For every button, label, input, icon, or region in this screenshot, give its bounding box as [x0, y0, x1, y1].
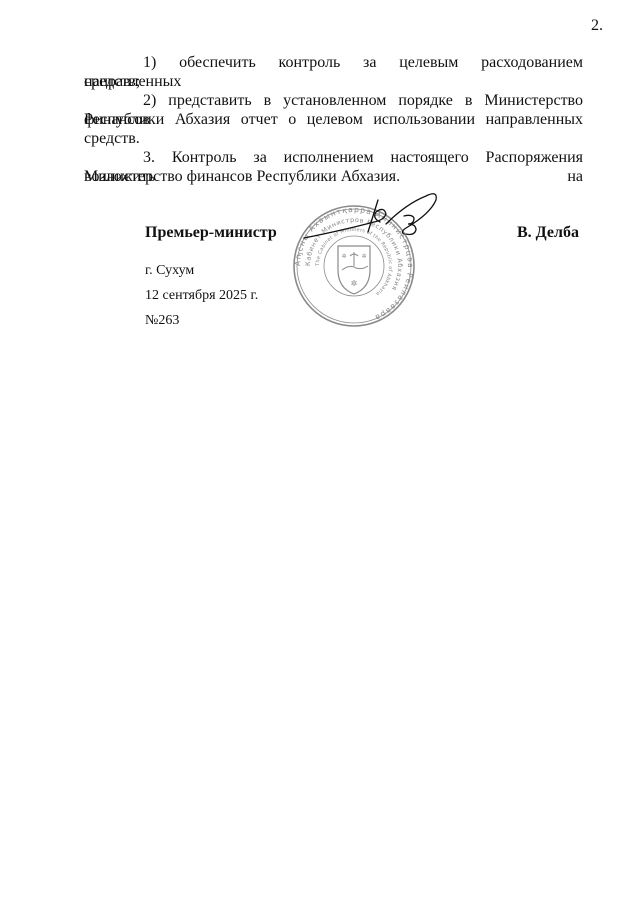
signatory-name: В. Делба	[517, 224, 579, 242]
paragraph-text: Министерство финансов Республики Абхазия…	[84, 168, 400, 185]
paragraph-text: Республики Абхазия отчет о целевом испол…	[84, 111, 583, 128]
paragraph-text: средств;	[84, 73, 140, 90]
paragraph-item-1-cont: средств;	[84, 72, 583, 91]
paragraph-item-3-cont: Министерство финансов Республики Абхазия…	[84, 167, 583, 186]
paragraph-item-2-end: средств.	[84, 129, 583, 148]
document-number: №263	[145, 313, 179, 329]
document-date: 12 сентября 2025 г.	[145, 288, 258, 304]
handwritten-signature-icon	[300, 186, 460, 256]
paragraph-item-2-cont: Республики Абхазия отчет о целевом испол…	[84, 110, 583, 129]
svg-text:✲: ✲	[351, 279, 358, 288]
document-place: г. Сухум	[145, 263, 194, 279]
paragraph-text: средств.	[84, 130, 140, 147]
page-number: 2.	[591, 17, 603, 35]
signatory-title: Премьер-министр	[145, 224, 277, 242]
